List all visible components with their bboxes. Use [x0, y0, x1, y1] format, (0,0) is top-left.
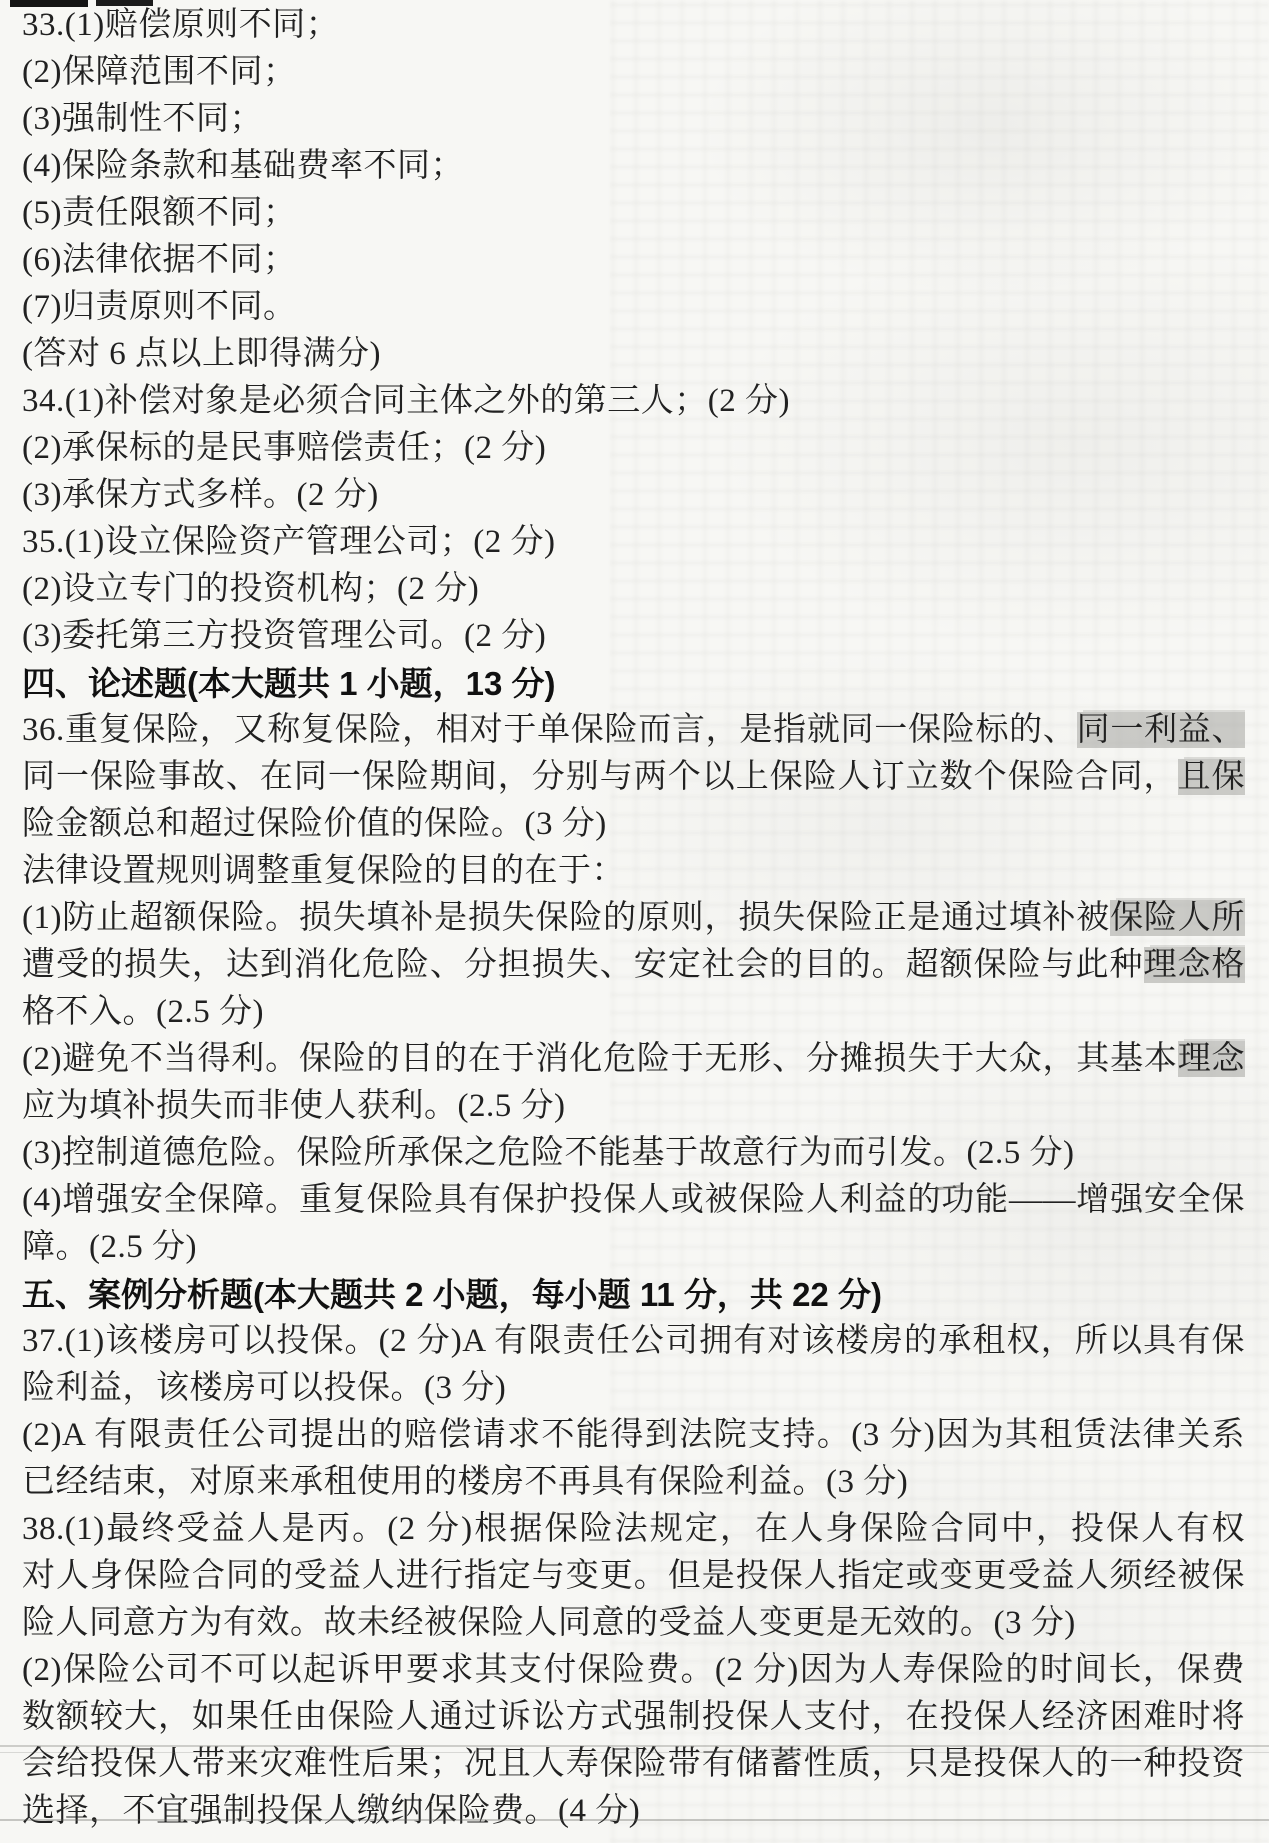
text-line: 38.(1)最终受益人是丙。(2 分)根据保险法规定，在人身保险合同中，投保人有… — [22, 1506, 1245, 1553]
text-line: 格不入。(2.5 分) — [22, 989, 1245, 1036]
text-segment: (答对 6 点以上即得满分) — [22, 336, 381, 372]
text-segment: 35.(1)设立保险资产管理公司；(2 分) — [22, 524, 555, 560]
text-line: (3)强制性不同； — [22, 96, 1245, 143]
text-line: 应为填补损失而非使人获利。(2.5 分) — [22, 1083, 1245, 1130]
text-segment: (2)避免不当得利。保险的目的在于消化危险于无形、分摊损失于大众，其基本 — [22, 1041, 1178, 1077]
text-segment: 数额较大，如果任由保险人通过诉讼方式强制投保人支付，在投保人经济困难时将 — [22, 1699, 1245, 1735]
text-segment: (2)A 有限责任公司提出的赔偿请求不能得到法院支持。(3 分)因为其租赁法律关… — [22, 1417, 1245, 1453]
section-heading-line: 四、论述题(本大题共 1 小题，13 分) — [22, 660, 1245, 707]
text-line: (7)归责原则不同。 — [22, 284, 1245, 331]
text-segment: (3)委托第三方投资管理公司。(2 分) — [22, 618, 546, 654]
text-segment: (2)承保标的是民事赔偿责任；(2 分) — [22, 430, 546, 466]
text-segment: (4)保险条款和基础费率不同； — [22, 148, 464, 184]
text-segment: (2)设立专门的投资机构；(2 分) — [22, 571, 479, 607]
text-segment: (3)控制道德危险。保险所承保之危险不能基于故意行为而引发。(2.5 分) — [22, 1135, 1074, 1171]
text-segment: 33.(1)赔偿原则不同； — [22, 7, 339, 43]
text-segment: 应为填补损失而非使人获利。(2.5 分) — [22, 1088, 565, 1124]
text-line: (6)法律依据不同； — [22, 237, 1245, 284]
text-line: 34.(1)补偿对象是必须合同主体之外的第三人；(2 分) — [22, 378, 1245, 425]
text-segment: 障。(2.5 分) — [22, 1229, 197, 1265]
text-line: (5)责任限额不同； — [22, 190, 1245, 237]
text-segment: (2)保障范围不同； — [22, 54, 296, 90]
text-segment: (5)责任限额不同； — [22, 195, 296, 231]
text-segment: (4)增强安全保障。重复保险具有保护投保人或被保险人利益的功能——增强安全保 — [22, 1182, 1245, 1218]
text-line: 37.(1)该楼房可以投保。(2 分)A 有限责任公司拥有对该楼房的承租权，所以… — [22, 1318, 1245, 1365]
smudged-text-segment: 理念格 — [1144, 947, 1245, 983]
text-line: 会给投保人带来灾难性后果；况且人寿保险带有储蓄性质，只是投保人的一种投资 — [22, 1741, 1245, 1788]
text-line: 障。(2.5 分) — [22, 1224, 1245, 1271]
document-lines: 33.(1)赔偿原则不同；(2)保障范围不同；(3)强制性不同；(4)保险条款和… — [0, 2, 1269, 1835]
text-segment: 37.(1)该楼房可以投保。(2 分)A 有限责任公司拥有对该楼房的承租权，所以… — [22, 1323, 1245, 1359]
text-line: (4)增强安全保障。重复保险具有保护投保人或被保险人利益的功能——增强安全保 — [22, 1177, 1245, 1224]
text-line: 数额较大，如果任由保险人通过诉讼方式强制投保人支付，在投保人经济困难时将 — [22, 1694, 1245, 1741]
smudged-text-segment: 且保 — [1178, 759, 1245, 795]
text-segment: 险金额总和超过保险价值的保险。(3 分) — [22, 806, 607, 842]
text-line: 33.(1)赔偿原则不同； — [22, 2, 1245, 49]
text-segment: 34.(1)补偿对象是必须合同主体之外的第三人；(2 分) — [22, 383, 790, 419]
text-segment: 对人身保险合同的受益人进行指定与变更。但是投保人指定或变更受益人须经被保 — [22, 1558, 1245, 1594]
text-segment: (1)防止超额保险。损失填补是损失保险的原则，损失保险正是通过填补被 — [22, 900, 1110, 936]
text-line: 法律设置规则调整重复保险的目的在于： — [22, 848, 1245, 895]
text-segment: 已经结束，对原来承租使用的楼房不再具有保险利益。(3 分) — [22, 1464, 908, 1500]
text-line: 险人同意方为有效。故未经被保险人同意的受益人变更是无效的。(3 分) — [22, 1600, 1245, 1647]
text-segment: 38.(1)最终受益人是丙。(2 分)根据保险法规定，在人身保险合同中，投保人有… — [22, 1511, 1245, 1547]
text-segment: 选择，不宜强制投保人缴纳保险费。(4 分) — [22, 1793, 640, 1829]
text-line: 35.(1)设立保险资产管理公司；(2 分) — [22, 519, 1245, 566]
text-segment: 四、论述题(本大题共 1 小题，13 分) — [22, 665, 556, 702]
text-segment: 遭受的损失，达到消化危险、分担损失、安定社会的目的。超额保险与此种 — [22, 947, 1144, 983]
text-line: (2)保险公司不可以起诉甲要求其支付保险费。(2 分)因为人寿保险的时间长，保费 — [22, 1647, 1245, 1694]
text-line: (1)防止超额保险。损失填补是损失保险的原则，损失保险正是通过填补被保险人所 — [22, 895, 1245, 942]
text-line: (答对 6 点以上即得满分) — [22, 331, 1245, 378]
text-segment: (7)归责原则不同。 — [22, 289, 296, 325]
text-line: (2)避免不当得利。保险的目的在于消化危险于无形、分摊损失于大众，其基本理念 — [22, 1036, 1245, 1083]
text-segment: (3)承保方式多样。(2 分) — [22, 477, 379, 513]
text-line: (2)保障范围不同； — [22, 49, 1245, 96]
fold-line — [0, 1745, 1269, 1747]
text-segment: 36.重复保险，又称复保险，相对于单保险而言，是指就同一保险标的、 — [22, 712, 1077, 748]
text-line: (4)保险条款和基础费率不同； — [22, 143, 1245, 190]
text-line: 对人身保险合同的受益人进行指定与变更。但是投保人指定或变更受益人须经被保 — [22, 1553, 1245, 1600]
text-line: 险利益，该楼房可以投保。(3 分) — [22, 1365, 1245, 1412]
text-line: (3)承保方式多样。(2 分) — [22, 472, 1245, 519]
text-segment: (2)保险公司不可以起诉甲要求其支付保险费。(2 分)因为人寿保险的时间长，保费 — [22, 1652, 1245, 1688]
text-segment: 险利益，该楼房可以投保。(3 分) — [22, 1370, 506, 1406]
text-segment: 险人同意方为有效。故未经被保险人同意的受益人变更是无效的。(3 分) — [22, 1605, 1076, 1641]
text-line: 遭受的损失，达到消化危险、分担损失、安定社会的目的。超额保险与此种理念格 — [22, 942, 1245, 989]
text-line: (2)A 有限责任公司提出的赔偿请求不能得到法院支持。(3 分)因为其租赁法律关… — [22, 1412, 1245, 1459]
smudged-text-segment: 保险人所 — [1110, 900, 1245, 936]
text-line: 已经结束，对原来承租使用的楼房不再具有保险利益。(3 分) — [22, 1459, 1245, 1506]
text-line: 36.重复保险，又称复保险，相对于单保险而言，是指就同一保险标的、同一利益、 — [22, 707, 1245, 754]
smudged-text-segment: 理念 — [1178, 1041, 1245, 1077]
text-line: (3)控制道德危险。保险所承保之危险不能基于故意行为而引发。(2.5 分) — [22, 1130, 1245, 1177]
fold-line — [0, 1752, 1269, 1753]
smudged-text-segment: 同一利益、 — [1077, 712, 1245, 748]
section-heading-line: 五、案例分析题(本大题共 2 小题，每小题 11 分，共 22 分) — [22, 1271, 1245, 1318]
text-segment: 法律设置规则调整重复保险的目的在于： — [22, 853, 625, 889]
text-segment: 五、案例分析题(本大题共 2 小题，每小题 11 分，共 22 分) — [22, 1276, 882, 1313]
scanned-answer-sheet-page: 33.(1)赔偿原则不同；(2)保障范围不同；(3)强制性不同；(4)保险条款和… — [0, 0, 1269, 1843]
text-line: (3)委托第三方投资管理公司。(2 分) — [22, 613, 1245, 660]
text-line: (2)承保标的是民事赔偿责任；(2 分) — [22, 425, 1245, 472]
text-line: (2)设立专门的投资机构；(2 分) — [22, 566, 1245, 613]
text-segment: 格不入。(2.5 分) — [22, 994, 264, 1030]
text-segment: (3)强制性不同； — [22, 101, 263, 137]
text-line: 同一保险事故、在同一保险期间，分别与两个以上保险人订立数个保险合同，且保 — [22, 754, 1245, 801]
text-segment: 同一保险事故、在同一保险期间，分别与两个以上保险人订立数个保险合同， — [22, 759, 1178, 795]
fold-line — [0, 1819, 1269, 1821]
text-line: 险金额总和超过保险价值的保险。(3 分) — [22, 801, 1245, 848]
text-segment: (6)法律依据不同； — [22, 242, 296, 278]
text-line: 选择，不宜强制投保人缴纳保险费。(4 分) — [22, 1788, 1245, 1835]
